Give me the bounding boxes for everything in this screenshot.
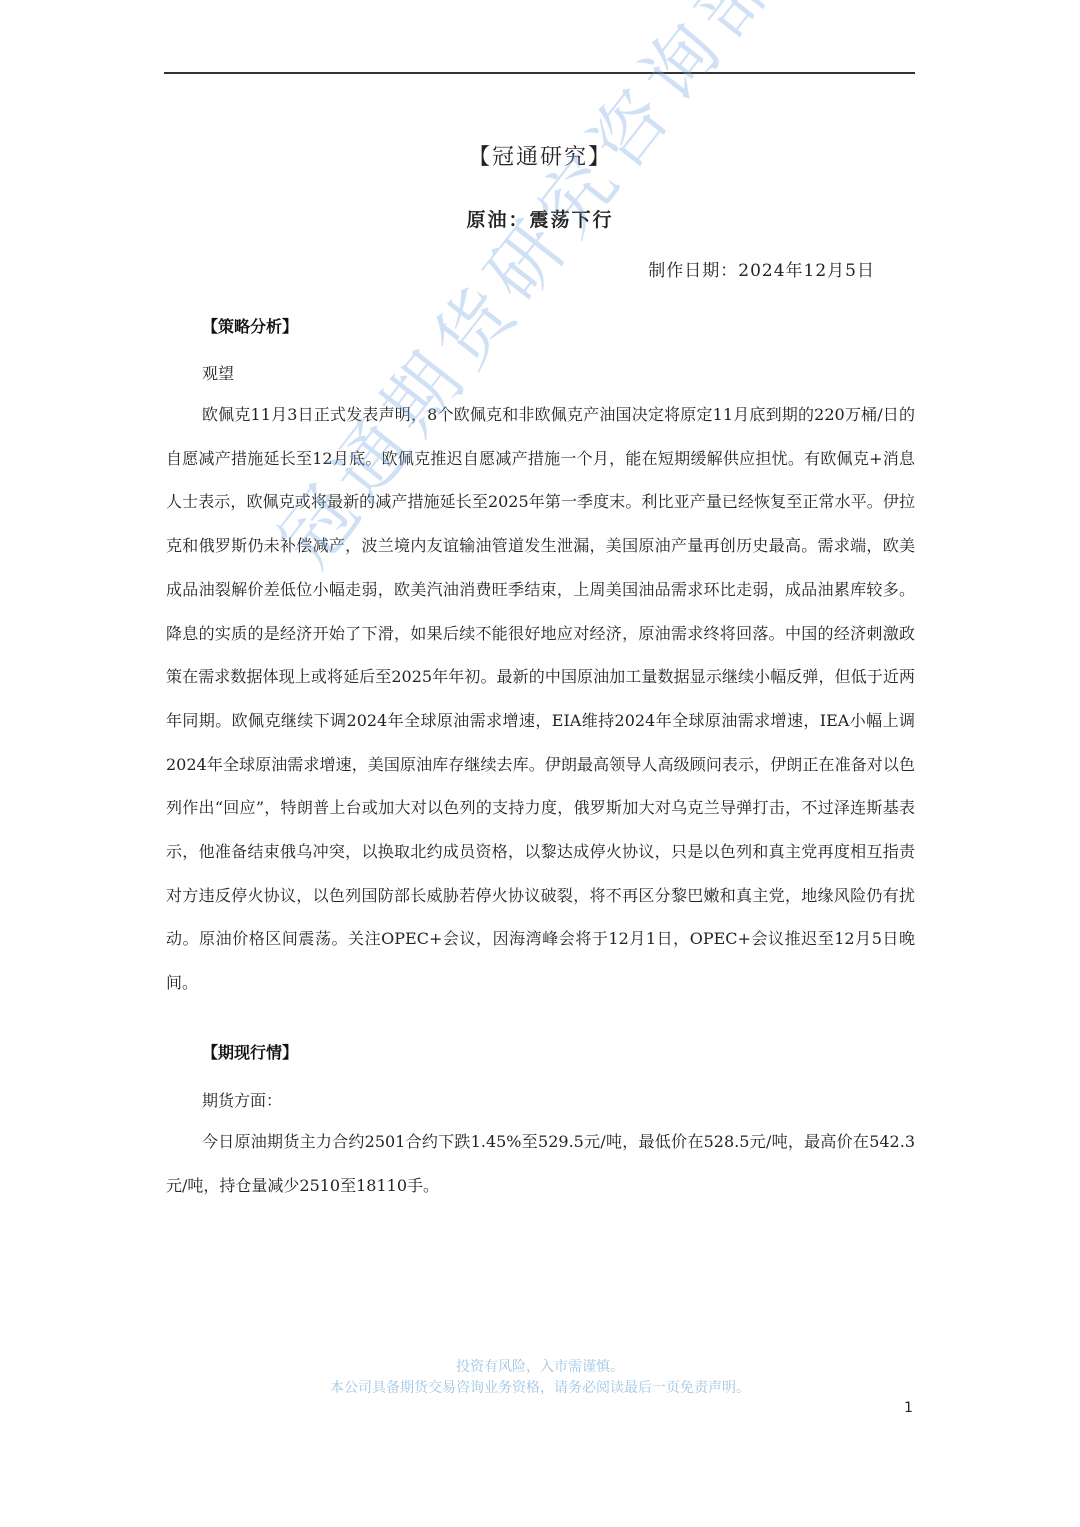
market-body: 今日原油期货主力合约2501合约下跌1.45%至529.5元/吨，最低价在528… — [166, 1120, 915, 1207]
disclaimer-note: 本公司具备期货交易咨询业务资格，请务必阅读最后一页免责声明。 — [0, 1377, 1080, 1397]
strategy-heading: 【策略分析】 — [202, 314, 298, 337]
header-rule — [164, 72, 915, 74]
brand-title: 【冠通研究】 — [0, 140, 1080, 171]
market-heading: 【期现行情】 — [202, 1040, 298, 1063]
report-title: 原油：震荡下行 — [0, 205, 1080, 232]
strategy-body: 欧佩克11月3日正式发表声明，8个欧佩克和非欧佩克产油国决定将原定11月底到期的… — [166, 393, 915, 1005]
strategy-stance: 观望 — [202, 361, 234, 384]
report-date: 制作日期：2024年12月5日 — [648, 256, 875, 281]
page-number: 1 — [904, 1400, 913, 1416]
risk-warning: 投资有风险，入市需谨慎。 — [0, 1356, 1080, 1376]
futures-label: 期货方面： — [202, 1088, 282, 1111]
